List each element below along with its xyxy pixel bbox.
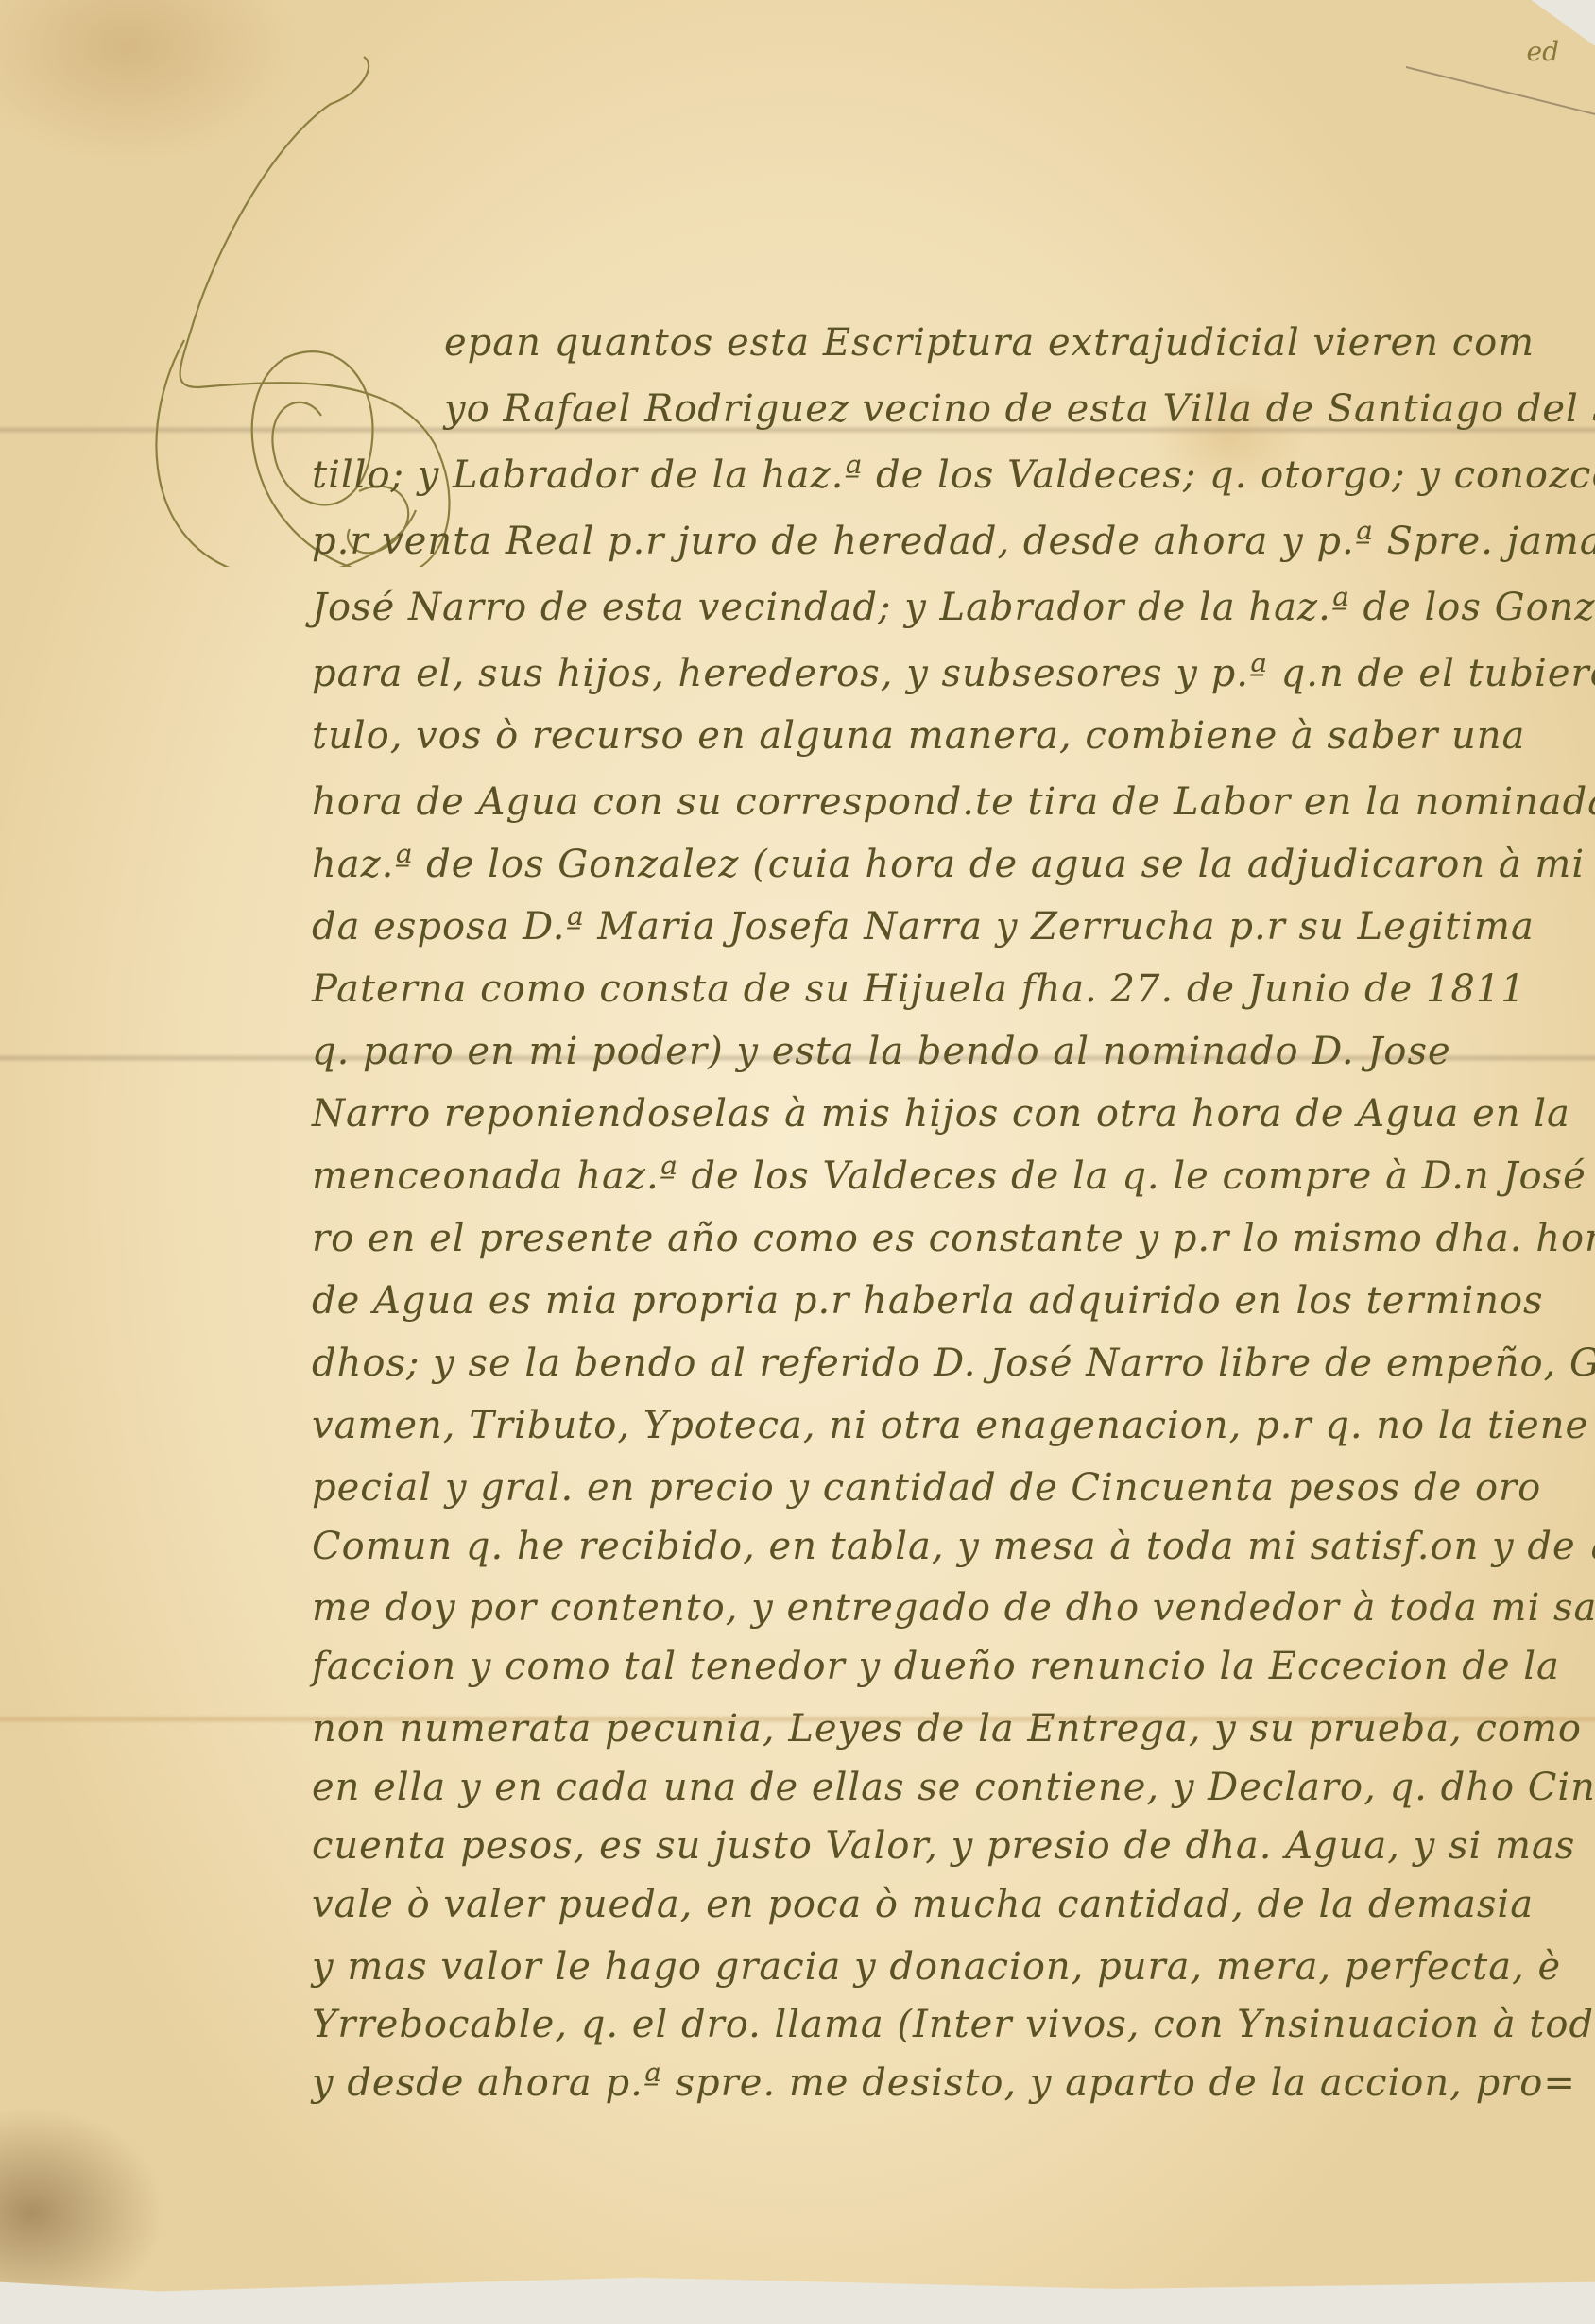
text-line-8: hora de Agua con su correspond.te tira d… — [312, 780, 1595, 824]
text-line-1: epan quantos esta Escriptura extrajudici… — [444, 321, 1535, 365]
text-line-28: Yrrebocable, q. el dro. llama (Inter viv… — [312, 2003, 1595, 2046]
text-line-2: yo Rafael Rodriguez vecino de esta Villa… — [444, 387, 1595, 431]
text-line-20: Comun q. he recibido, en tabla, y mesa à… — [312, 1525, 1595, 1568]
text-line-26: vale ò valer pueda, en poca ò mucha cant… — [312, 1883, 1534, 1926]
text-line-6: para el, sus hijos, herederos, y subseso… — [312, 652, 1595, 695]
text-line-16: de Agua es mia propria p.r haberla adqui… — [312, 1279, 1544, 1323]
text-line-19: pecial y gral. en precio y cantidad de C… — [312, 1466, 1541, 1510]
text-line-4: p.r venta Real p.r juro de heredad, desd… — [312, 520, 1595, 563]
text-line-15: ro en el presente año como es constante … — [312, 1217, 1595, 1260]
text-line-5: José Narro de esta vecindad; y Labrador … — [312, 586, 1595, 629]
text-line-18: vamen, Tributo, Ypoteca, ni otra enagena… — [312, 1404, 1595, 1447]
text-line-24: en ella y en cada una de ellas se contie… — [312, 1766, 1595, 1809]
text-line-12: q. paro en mi poder) y esta la bendo al … — [312, 1030, 1451, 1073]
text-line-3: tillo; y Labrador de la haz.ª de los Val… — [312, 453, 1595, 497]
text-line-23: non numerata pecunia, Leyes de la Entreg… — [312, 1707, 1582, 1751]
text-line-21: me doy por contento, y entregado de dho … — [312, 1586, 1595, 1630]
text-line-14: menceonada haz.ª de los Valdeces de la q… — [312, 1154, 1595, 1198]
text-line-29: y desde ahora p.ª spre. me desisto, y ap… — [312, 2061, 1576, 2105]
text-line-9: haz.ª de los Gonzalez (cuia hora de agua… — [312, 843, 1595, 886]
text-line-25: cuenta pesos, es su justo Valor, y presi… — [312, 1824, 1575, 1868]
text-line-10: da esposa D.ª Maria Josefa Narra y Zerru… — [312, 905, 1535, 948]
text-line-11: Paterna como consta de su Hijuela fha. 2… — [312, 967, 1526, 1011]
text-line-13: Narro reponiendoselas à mis hijos con ot… — [312, 1092, 1570, 1136]
folded-corner — [1406, 0, 1595, 115]
text-line-7: tulo, vos ò recurso en alguna manera, co… — [312, 714, 1525, 758]
text-line-27: y mas valor le hago gracia y donacion, p… — [312, 1945, 1561, 1989]
text-line-17: dhos; y se la bendo al referido D. José … — [312, 1341, 1595, 1385]
text-line-22: faccion y como tal tenedor y dueño renun… — [312, 1645, 1560, 1688]
page-number: ed — [1527, 36, 1560, 67]
